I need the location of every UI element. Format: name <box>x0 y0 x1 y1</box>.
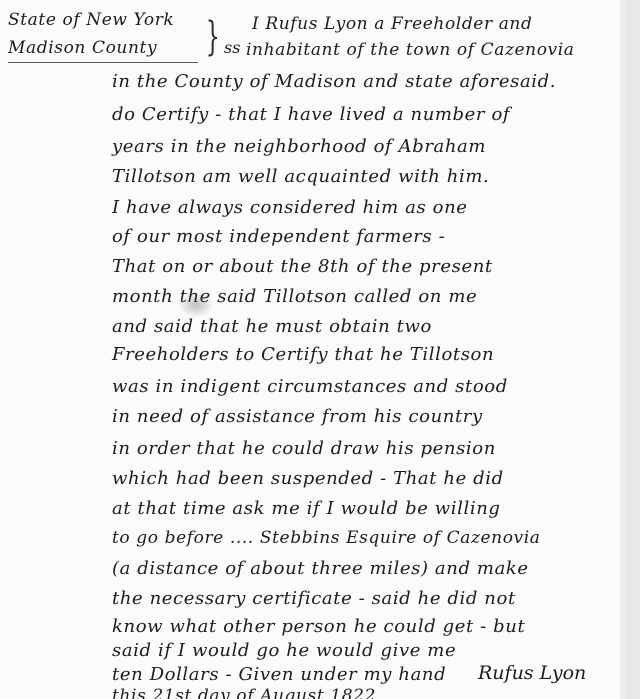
text-line-3: in the County of Madison and state afore… <box>112 71 556 92</box>
text-line-9: That on or about the 8th of the present <box>112 256 493 277</box>
text-line-22: said if I would go he would give me <box>112 640 456 661</box>
heading-state: State of New York <box>8 10 174 30</box>
text-line-21: know what other person he could get - bu… <box>112 616 525 637</box>
document-page: State of New York Madison County } ss I … <box>0 0 621 699</box>
signature: Rufus Lyon <box>478 662 586 684</box>
ink-smudge <box>178 292 214 318</box>
text-line-2: inhabitant of the town of Cazenovia <box>246 40 575 60</box>
text-line-12: Freeholders to Certify that he Tillotson <box>112 344 494 365</box>
text-line-13: was in indigent circumstances and stood <box>112 376 508 397</box>
bracket-mark: } <box>206 14 220 60</box>
text-line-7: I have always considered him as one <box>112 197 468 218</box>
text-line-19: (a distance of about three miles) and ma… <box>112 558 529 579</box>
text-line-17: at that time ask me if I would be willin… <box>112 498 501 519</box>
text-line-15: in order that he could draw his pension <box>112 438 496 459</box>
heading-underline <box>8 62 198 63</box>
ss-mark: ss <box>224 38 240 57</box>
heading-county: Madison County <box>8 38 157 58</box>
text-line-16: which had been suspended - That he did <box>112 468 504 489</box>
text-line-6: Tillotson am well acquainted with him. <box>112 166 489 187</box>
text-line-24: this 21st day of August 1822 <box>112 686 376 699</box>
text-line-1: I Rufus Lyon a Freeholder and <box>252 14 532 34</box>
text-line-23: ten Dollars - Given under my hand <box>112 664 446 685</box>
text-line-4: do Certify - that I have lived a number … <box>112 104 510 125</box>
text-line-18: to go before .... Stebbins Esquire of Ca… <box>112 528 541 548</box>
text-line-5: years in the neighborhood of Abraham <box>112 136 486 157</box>
text-line-8: of our most independent farmers - <box>112 226 445 247</box>
text-line-10: month the said Tillotson called on me <box>112 286 477 307</box>
text-line-20: the necessary certificate - said he did … <box>112 588 516 609</box>
text-line-11: and said that he must obtain two <box>112 316 432 337</box>
text-line-14: in need of assistance from his country <box>112 406 483 427</box>
